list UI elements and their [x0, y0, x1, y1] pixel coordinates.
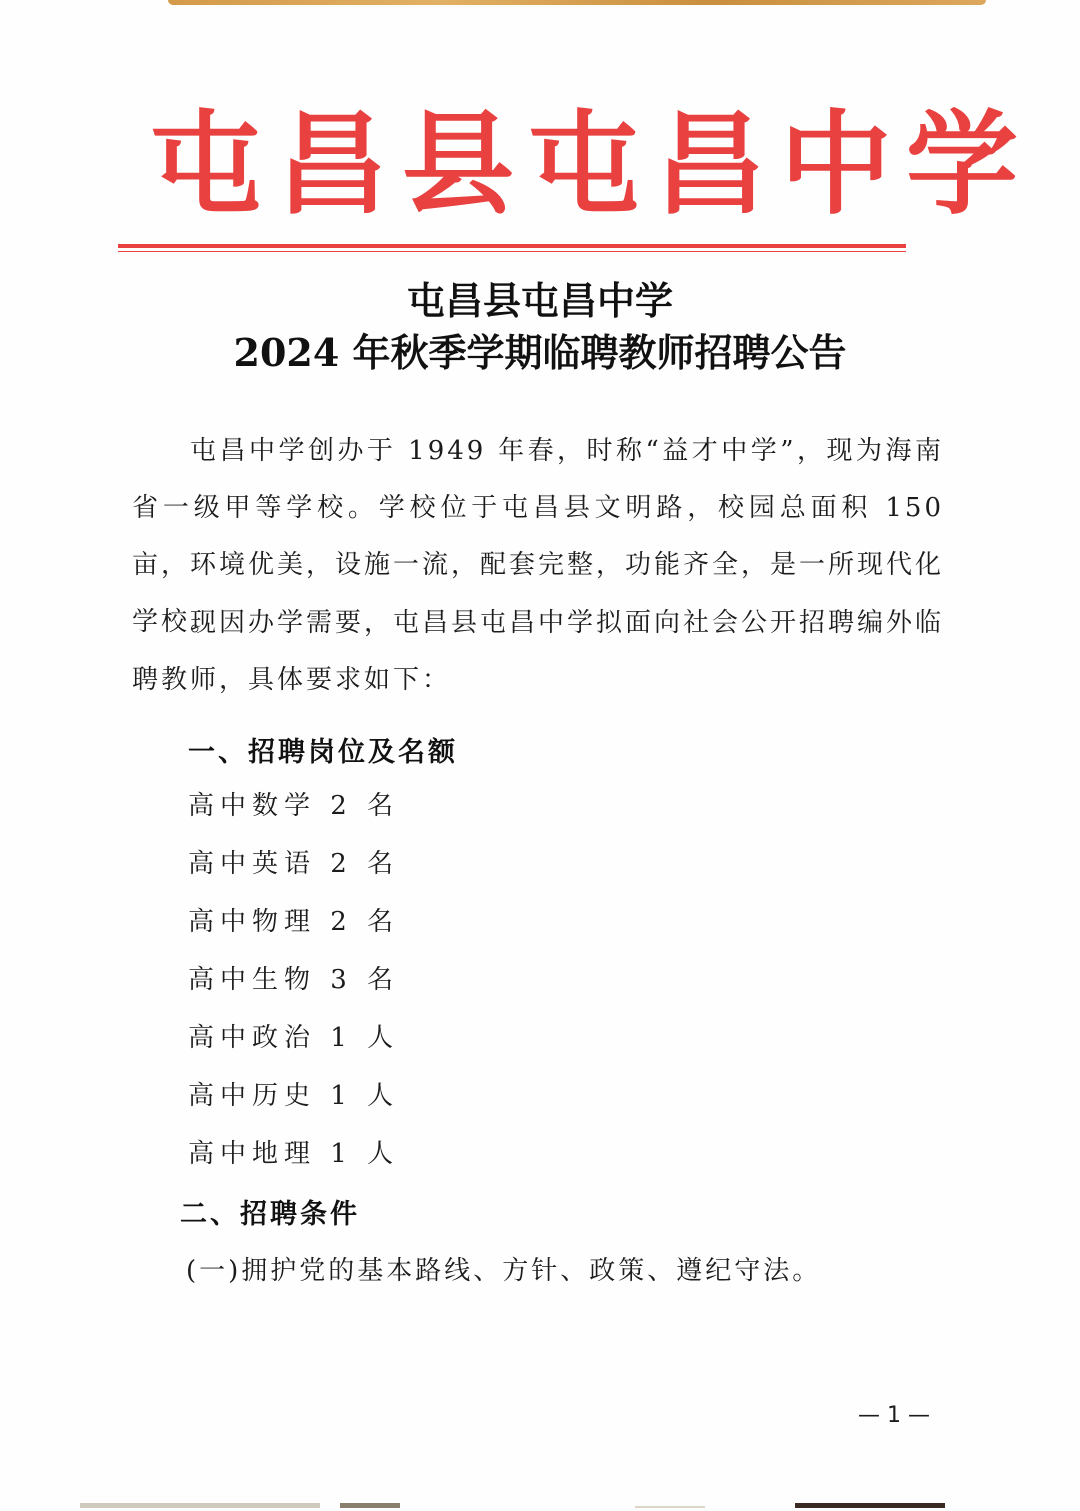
section-heading-positions: 一、招聘岗位及名额	[188, 730, 458, 769]
paper-edge-bottom	[80, 1503, 320, 1508]
position-item: 高中生物 3 名	[188, 959, 399, 1017]
position-item: 高中数学 2 名	[188, 785, 399, 843]
document-title-line1: 屯昌县屯昌中学	[0, 270, 1080, 325]
condition-item: (一)拥护党的基本路线、方针、政策、遵纪守法。	[186, 1250, 821, 1287]
paper-edge-bottom	[635, 1506, 705, 1508]
positions-list: 高中数学 2 名 高中英语 2 名 高中物理 2 名 高中生物 3 名 高中政治…	[188, 785, 399, 1191]
purpose-paragraph: 现因办学需要，屯昌县屯昌中学拟面向社会公开招聘编外临聘教师，具体要求如下：	[132, 595, 944, 709]
section-heading-conditions: 二、招聘条件	[180, 1192, 360, 1231]
red-divider-thin	[118, 251, 906, 252]
position-item: 高中政治 1 人	[188, 1017, 399, 1075]
paper-edge-bottom	[795, 1503, 945, 1508]
paper-edge-top	[168, 0, 986, 5]
red-masthead: 屯昌县屯昌中学	[150, 100, 890, 230]
page-number: — 1 —	[858, 1403, 930, 1428]
document-title-line2: 2024 年秋季学期临聘教师招聘公告	[0, 322, 1080, 377]
red-divider-thick	[118, 244, 906, 248]
position-item: 高中英语 2 名	[188, 843, 399, 901]
position-item: 高中物理 2 名	[188, 901, 399, 959]
position-item: 高中历史 1 人	[188, 1075, 399, 1133]
paper-edge-bottom	[340, 1503, 400, 1508]
position-item: 高中地理 1 人	[188, 1133, 399, 1191]
